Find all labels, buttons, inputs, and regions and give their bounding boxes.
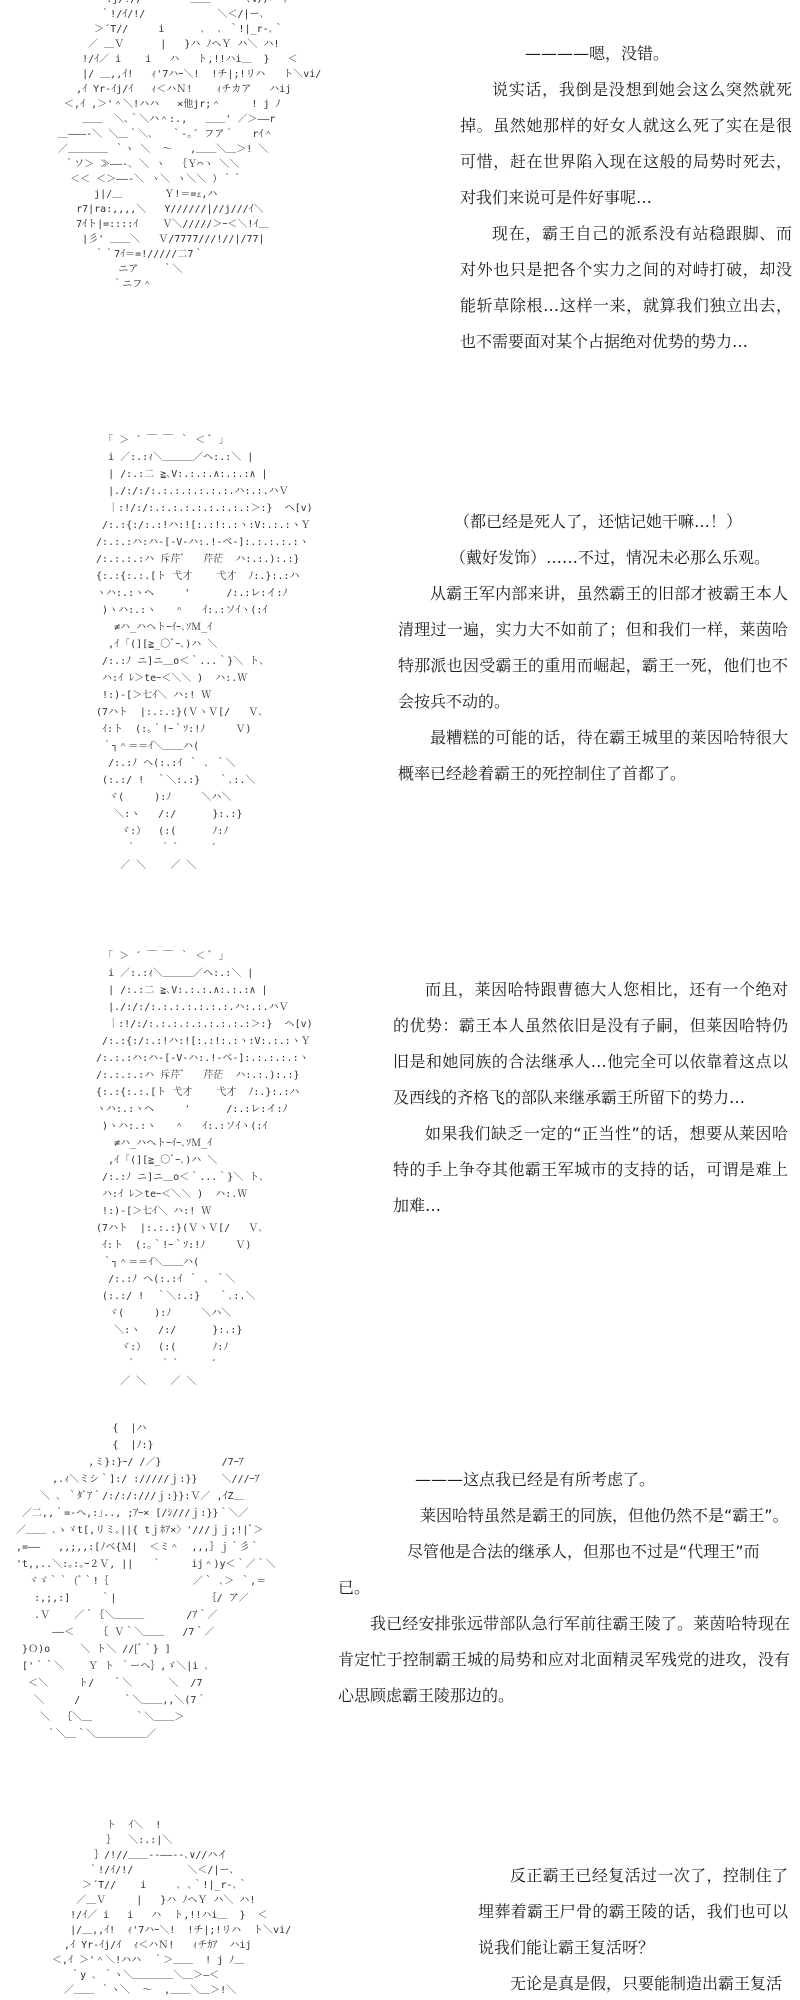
speech-paragraph: 而且，莱因哈特跟曹德大人您相比，还有一个绝对的优势：霸王本人虽然依旧是没有子嗣，… [393,972,788,1116]
aside-line: （戴好发饰）……不过，情况未必那么乐观。 [398,540,788,576]
dialogue-block-5: 反正霸王已经复活过一次了，控制住了埋葬着霸王尸骨的霸王陵的话，我们也可以说我们能… [478,1858,788,2000]
speech-line: 尽管他是合法的继承人，但那也不过是“代理王”而已。 [338,1534,790,1606]
speech-paragraph-cutoff: 无论是真是假，只要能制造出霸王复活 [478,1966,788,2000]
dialogue-block-3: 而且，莱因哈特跟曹德大人您相比，还有一个绝对的优势：霸王本人虽然依旧是没有子嗣，… [393,972,788,1224]
speech-line: ————嗯，没错。 [460,36,792,72]
ascii-art-catgirl: ｢ ＞ ´ ￣ ￣ ｀ ＜ ﾞ ｣ i ／:.:ｨ＼＿＿＿／ヘ:.:＼ | | … [84,948,313,1390]
aa-story-page: :j/!// ＿＿--――--､∨//ハイ ｀!/ｲ/!/ ＼＜/|ー､ ＞´T… [0,0,800,2000]
speech-paragraph: 我已经安排张远带部队急行军前往霸王陵了。莱茵哈特现在肯定忙于控制霸王城的局势和应… [338,1606,790,1714]
dialogue-block-2: （都已经是死人了，还惦记她干嘛…！） （戴好发饰）……不过，情况未必那么乐观。 … [398,504,788,792]
speech-paragraph: 如果我们缺乏一定的“正当性”的话，想要从莱因哈特的手上争夺其他霸王军城市的支持的… [393,1116,788,1224]
ascii-art-warrior-top: :j/!// ＿＿--――--､∨//ハイ ｀!/ｲ/!/ ＼＜/|ー､ ＞´T… [46,0,321,292]
speech-line: 莱因哈特虽然是霸王的同族，但他仍然不是“霸王”。 [338,1498,790,1534]
speech-line: ———这点我已经是有所考虑了。 [338,1462,790,1498]
ascii-art-catgirl: ｢ ＞ ´ ￣ ￣ ｀ ＜ ﾞ ｣ i ／:.:ｨ＼＿＿＿／ヘ:.:＼ | | … [84,432,313,874]
aside-line: （都已经是死人了，还惦记她干嘛…！） [398,504,788,540]
dialogue-block-4: ———这点我已经是有所考虑了。 莱因哈特虽然是霸王的同族，但他仍然不是“霸王”。… [338,1462,790,1714]
speech-paragraph: 反正霸王已经复活过一次了，控制住了埋葬着霸王尸骨的霸王陵的话，我们也可以说我们能… [478,1858,788,1966]
speech-paragraph: 现在，霸王自己的派系没有站稳跟脚、而对外也只是把各个实力之间的对峙打破，却没能斩… [460,216,792,360]
dialogue-block-1: ————嗯，没错。 说实话，我倒是没想到她会这么突然就死掉。虽然她那样的好女人就… [460,36,792,360]
speech-paragraph: 最糟糕的可能的话，待在霸王城里的莱因哈特很大概率已经趁着霸王的死控制住了首都了。 [398,720,788,792]
ascii-art-flag-bearer: { |ハ { |ﾉ:} ,ミ}:}ｰ/ /／} /7ｰｱ ,.ｨ＼ミシ｀]:/ … [4,1420,276,1743]
speech-paragraph: 从霸王军内部来讲，虽然霸王的旧部才被霸王本人清理过一遍，实力大不如前了；但和我们… [398,576,788,720]
ascii-art-warrior-bottom: ト ｲ＼ ! ｝ ＼:.:|＼ ｝/!//＿＿--――--､∨//ハイ ｀!/ｲ… [46,1818,291,1998]
speech-paragraph: 说实话，我倒是没想到她会这么突然就死掉。虽然她那样的好女人就这么死了实在是很可惜… [460,72,792,216]
